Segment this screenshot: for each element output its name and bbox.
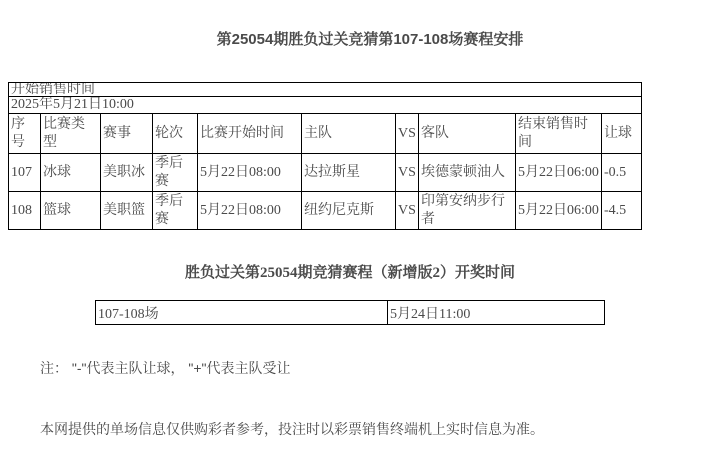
draw-time-row: 107-108场 5月24日11:00: [96, 301, 605, 325]
draw-time: 5月24日11:00: [388, 301, 605, 325]
cell-handicap: -4.5: [602, 192, 642, 230]
draw-time-table: 107-108场 5月24日11:00: [95, 300, 605, 325]
cell-start-time: 5月22日08:00: [198, 192, 302, 230]
table-row: 108 篮球 美职篮 季后赛 5月22日08:00 纽约尼克斯 VS 印第安纳步…: [9, 192, 642, 230]
cell-vs: VS: [396, 192, 419, 230]
header-vs: VS: [396, 114, 419, 154]
header-round: 轮次: [153, 114, 198, 154]
header-match-type: 比赛类型: [41, 114, 101, 154]
schedule-table: 开始销售时间 2025年5月21日10:00 序号 比赛类型 赛事 轮次 比赛开…: [8, 82, 642, 230]
cell-handicap: -0.5: [602, 154, 642, 192]
page-title: 第25054期胜负过关竞猜第107-108场赛程安排: [0, 28, 713, 49]
sale-start-time: 2025年5月21日10:00: [9, 97, 642, 114]
disclaimer-note: 本网提供的单场信息仅供购彩者参考，投注时以彩票销售终端机上实时信息为准。: [40, 419, 544, 439]
handicap-note: 注： "-"代表主队让球， "+"代表主队受让: [40, 358, 291, 378]
table-row: 107 冰球 美职冰 季后赛 5月22日08:00 达拉斯星 VS 埃德蒙顿油人…: [9, 154, 642, 192]
cell-sale-end-time: 5月22日06:00: [516, 192, 602, 230]
cell-vs: VS: [396, 154, 419, 192]
cell-match-type: 冰球: [41, 154, 101, 192]
draw-matches: 107-108场: [96, 301, 388, 325]
header-handicap: 让球: [602, 114, 642, 154]
cell-sale-end-time: 5月22日06:00: [516, 154, 602, 192]
cell-match-type: 篮球: [41, 192, 101, 230]
header-away-team: 客队: [419, 114, 516, 154]
schedule-header-row: 序号 比赛类型 赛事 轮次 比赛开始时间 主队 VS 客队 结束销售时间 让球: [9, 114, 642, 154]
draw-time-title: 胜负过关第25054期竞猜赛程（新增版2）开奖时间: [0, 261, 700, 282]
cell-round: 季后赛: [153, 154, 198, 192]
cell-no: 107: [9, 154, 41, 192]
header-sale-end-time: 结束销售时间: [516, 114, 602, 154]
cell-round: 季后赛: [153, 192, 198, 230]
cell-start-time: 5月22日08:00: [198, 154, 302, 192]
sale-start-time-row: 2025年5月21日10:00: [9, 97, 642, 114]
cell-away-team: 埃德蒙顿油人: [419, 154, 516, 192]
header-home-team: 主队: [302, 114, 396, 154]
cell-home-team: 达拉斯星: [302, 154, 396, 192]
cell-home-team: 纽约尼克斯: [302, 192, 396, 230]
header-league: 赛事: [101, 114, 153, 154]
cell-league: 美职冰: [101, 154, 153, 192]
cell-away-team: 印第安纳步行者: [419, 192, 516, 230]
header-start-time: 比赛开始时间: [198, 114, 302, 154]
cell-no: 108: [9, 192, 41, 230]
header-no: 序号: [9, 114, 41, 154]
sale-start-label: 开始销售时间: [9, 83, 642, 97]
sale-start-label-row: 开始销售时间: [9, 83, 642, 97]
cell-league: 美职篮: [101, 192, 153, 230]
